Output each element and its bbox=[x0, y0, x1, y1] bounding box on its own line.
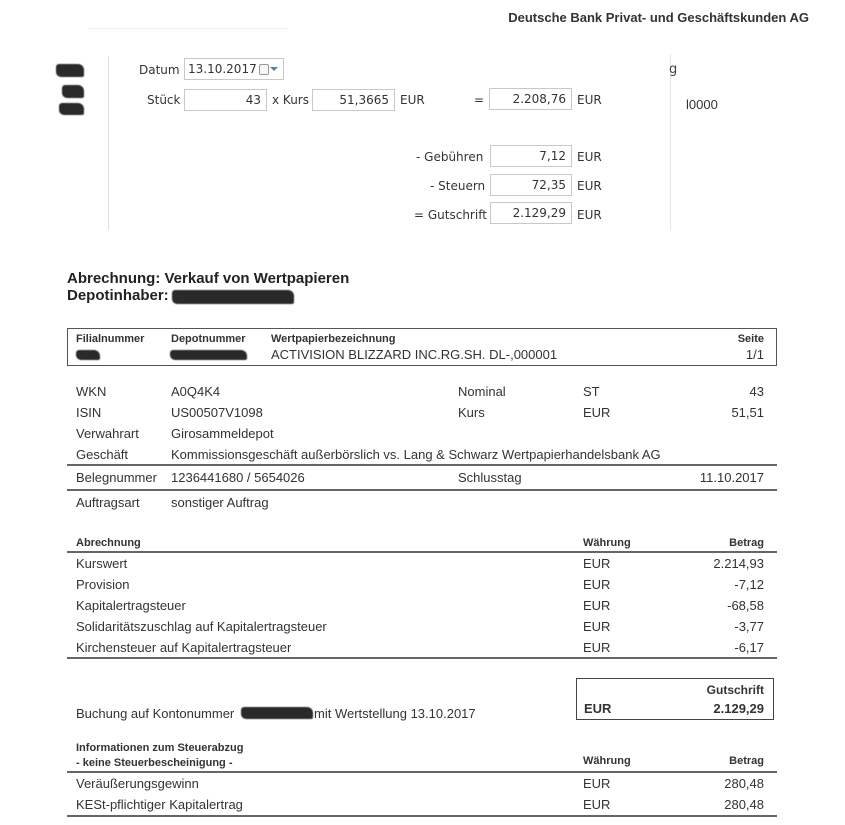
panel-divider bbox=[108, 56, 109, 230]
fees-currency: EUR bbox=[577, 150, 602, 164]
settlement-currency-header: Währung bbox=[583, 537, 631, 549]
divider bbox=[67, 815, 777, 817]
divider bbox=[67, 771, 777, 773]
document-number-value: 1236441680 / 5654026 bbox=[171, 470, 305, 485]
row-label: Veräußerungsgewinn bbox=[76, 776, 199, 791]
panel-divider bbox=[670, 54, 671, 230]
price-label: x Kurs bbox=[272, 93, 309, 107]
depot-number-redaction bbox=[170, 350, 247, 360]
isin-label: ISIN bbox=[76, 405, 101, 420]
redaction-mark bbox=[62, 85, 84, 98]
custody-label: Verwahrart bbox=[76, 426, 139, 441]
tax-amount-header: Betrag bbox=[680, 755, 764, 767]
nominal-value: 43 bbox=[680, 384, 764, 399]
row-currency: EUR bbox=[583, 640, 610, 655]
tax-currency-header: Währung bbox=[583, 755, 631, 767]
tax-info-subheader: - keine Steuerbescheinigung - bbox=[76, 757, 232, 769]
account-number-redaction bbox=[241, 707, 313, 719]
nominal-label: Nominal bbox=[458, 384, 506, 399]
row-amount: 2.214,93 bbox=[680, 556, 764, 571]
custody-value: Girosammeldepot bbox=[171, 426, 274, 441]
date-picker[interactable]: 13.10.2017 bbox=[184, 58, 284, 80]
row-currency: EUR bbox=[583, 619, 610, 634]
statement-title: Abrechnung: Verkauf von Wertpapieren bbox=[67, 270, 349, 287]
booking-suffix: mit Wertstellung 13.10.2017 bbox=[314, 706, 476, 721]
row-currency: EUR bbox=[583, 556, 610, 571]
divider bbox=[67, 657, 777, 659]
fees-label: - Gebühren bbox=[416, 150, 483, 164]
branch-number-redaction bbox=[76, 350, 100, 360]
quantity-label: Stück bbox=[147, 93, 180, 107]
branch-number-header: Filialnummer bbox=[76, 333, 144, 345]
settlement-amount-header: Betrag bbox=[680, 537, 764, 549]
row-amount: -3,77 bbox=[680, 619, 764, 634]
redaction-mark bbox=[59, 103, 84, 115]
page-number: 1/1 bbox=[700, 347, 764, 362]
settlement-header: Abrechnung bbox=[76, 537, 141, 549]
row-label: Kapitalertragsteuer bbox=[76, 598, 186, 613]
divider bbox=[67, 551, 777, 553]
credit-box-currency: EUR bbox=[584, 701, 611, 716]
order-type-value: sonstiger Auftrag bbox=[171, 495, 269, 510]
holder-name-redaction bbox=[172, 290, 294, 304]
row-currency: EUR bbox=[583, 577, 610, 592]
row-label: KESt-pflichtiger Kapitalertrag bbox=[76, 797, 243, 812]
taxes-field[interactable]: 72,35 bbox=[490, 174, 572, 196]
taxes-currency: EUR bbox=[577, 179, 602, 193]
order-type-label: Auftragsart bbox=[76, 495, 140, 510]
gross-currency: EUR bbox=[577, 93, 602, 107]
row-label: Provision bbox=[76, 577, 129, 592]
quantity-input[interactable]: 43 bbox=[184, 89, 267, 111]
security-name-header: Wertpapierbezeichnung bbox=[271, 333, 395, 345]
price-doc-label: Kurs bbox=[458, 405, 485, 420]
bank-name: Deutsche Bank Privat- und Geschäftskunde… bbox=[0, 10, 809, 25]
credit-label: = Gutschrift bbox=[414, 208, 487, 222]
row-amount: -6,17 bbox=[680, 640, 764, 655]
row-label: Kurswert bbox=[76, 556, 127, 571]
truncated-text-fragment: g bbox=[669, 62, 677, 77]
credit-box-label: Gutschrift bbox=[680, 683, 764, 697]
fees-field[interactable]: 7,12 bbox=[490, 145, 572, 167]
transaction-value: Kommissionsgeschäft außerbörslich vs. La… bbox=[171, 447, 661, 462]
depot-number-header: Depotnummer bbox=[171, 333, 246, 345]
header-divider bbox=[88, 28, 288, 29]
equals-sign: = bbox=[474, 93, 484, 107]
page-header: Seite bbox=[700, 333, 764, 345]
document-number-label: Belegnummer bbox=[76, 470, 157, 485]
tax-info-header: Informationen zum Steuerabzug bbox=[76, 742, 243, 754]
price-currency: EUR bbox=[400, 93, 425, 107]
credit-box-amount: 2.129,29 bbox=[680, 701, 764, 716]
redaction-mark bbox=[56, 64, 84, 77]
credit-field[interactable]: 2.129,29 bbox=[490, 202, 572, 224]
wkn-label: WKN bbox=[76, 384, 106, 399]
price-input[interactable]: 51,3665 bbox=[312, 89, 395, 111]
row-label: Solidaritätszuschlag auf Kapitalertragst… bbox=[76, 619, 327, 634]
truncated-number-fragment: l0000 bbox=[686, 97, 718, 112]
row-amount: 280,48 bbox=[680, 776, 764, 791]
price-doc-unit: EUR bbox=[583, 405, 610, 420]
row-currency: EUR bbox=[583, 598, 610, 613]
row-amount: -68,58 bbox=[680, 598, 764, 613]
date-label: Datum bbox=[139, 63, 180, 77]
taxes-label: - Steuern bbox=[430, 179, 485, 193]
trade-date-value: 11.10.2017 bbox=[680, 470, 764, 485]
row-label: Kirchensteuer auf Kapitalertragsteuer bbox=[76, 640, 291, 655]
booking-prefix: Buchung auf Kontonummer bbox=[76, 706, 234, 721]
row-currency: EUR bbox=[583, 776, 610, 791]
transaction-label: Geschäft bbox=[76, 447, 128, 462]
gross-amount-field[interactable]: 2.208,76 bbox=[489, 88, 572, 110]
divider bbox=[67, 489, 777, 491]
trade-date-label: Schlusstag bbox=[458, 470, 522, 485]
calendar-dropdown-icon[interactable] bbox=[259, 64, 278, 75]
row-currency: EUR bbox=[583, 797, 610, 812]
row-amount: -7,12 bbox=[680, 577, 764, 592]
security-name: ACTIVISION BLIZZARD INC.RG.SH. DL-,00000… bbox=[271, 347, 557, 362]
wkn-value: A0Q4K4 bbox=[171, 384, 220, 399]
credit-currency: EUR bbox=[577, 208, 602, 222]
date-value: 13.10.2017 bbox=[188, 62, 257, 76]
nominal-unit: ST bbox=[583, 384, 600, 399]
isin-value: US00507V1098 bbox=[171, 405, 263, 420]
row-amount: 280,48 bbox=[680, 797, 764, 812]
price-doc-value: 51,51 bbox=[680, 405, 764, 420]
divider bbox=[67, 464, 777, 466]
